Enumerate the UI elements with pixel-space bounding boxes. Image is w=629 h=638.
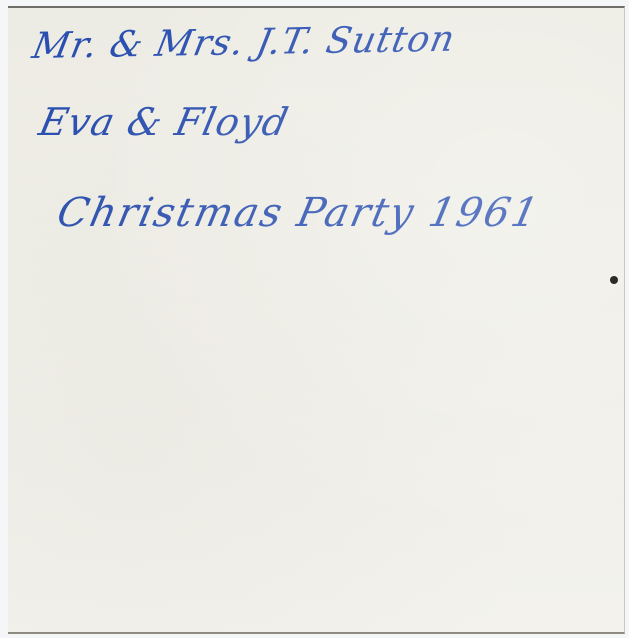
ink-spot-mark [610, 276, 618, 284]
handwritten-names-line: Mr. & Mrs. J.T. Sutton [29, 19, 459, 67]
handwritten-first-names-line: Eva & Floyd [35, 100, 292, 144]
handwritten-event-line: Christmas Party 1961 [53, 190, 544, 236]
photo-back-paper: Mr. & Mrs. J.T. Sutton Eva & Floyd Chris… [8, 6, 625, 634]
